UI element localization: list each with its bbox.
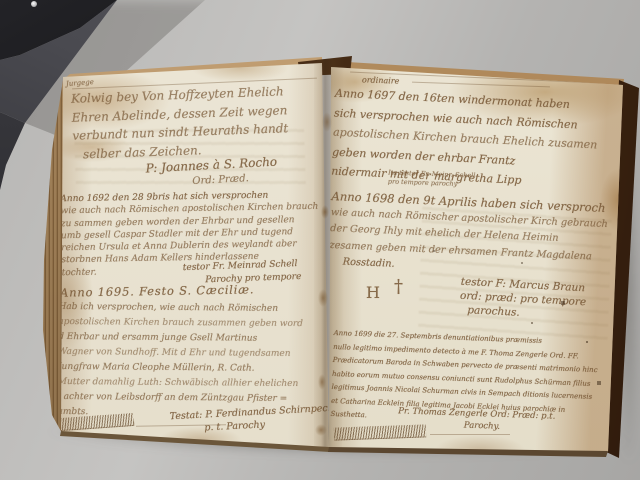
pen-flourish: [412, 82, 550, 88]
attestation-1698: testor F: Marcus Braun ord: præd: pro te…: [459, 275, 587, 324]
attestation-line: pro tempore parochy: [388, 177, 475, 189]
letter-h-mark: H: [366, 283, 380, 302]
entry-1698: Anno 1698 den 9t Aprilis haben sich vers…: [328, 188, 609, 283]
margin-note: ordinaire: [362, 75, 400, 85]
attestation-line: Parochy.: [464, 420, 556, 435]
attestation-1697-small: Ita testor Fr. Meinr. Schell pro tempore…: [388, 168, 476, 188]
crossed-out-scribble: [334, 424, 426, 440]
entry-continuation: Kolwig bey Von Hoffzeyten Ehelich Ehren …: [71, 82, 289, 163]
entry-1695: Hab ich versprochen, wie auch nach Römis…: [57, 300, 303, 422]
paper-specks: [0, 0, 2, 2]
entry-1695-heading: Anno 1695. Festo S. Cæciliæ.: [60, 282, 254, 299]
indicator-led: [31, 1, 37, 7]
photo-of-manuscript-register: Jurgege Kolwig bey Von Hoffzeyten Ehelic…: [0, 0, 640, 480]
cross-mark: †: [394, 276, 403, 297]
pen-flourish: [430, 434, 510, 435]
margin-note: Jurgege: [66, 78, 94, 88]
